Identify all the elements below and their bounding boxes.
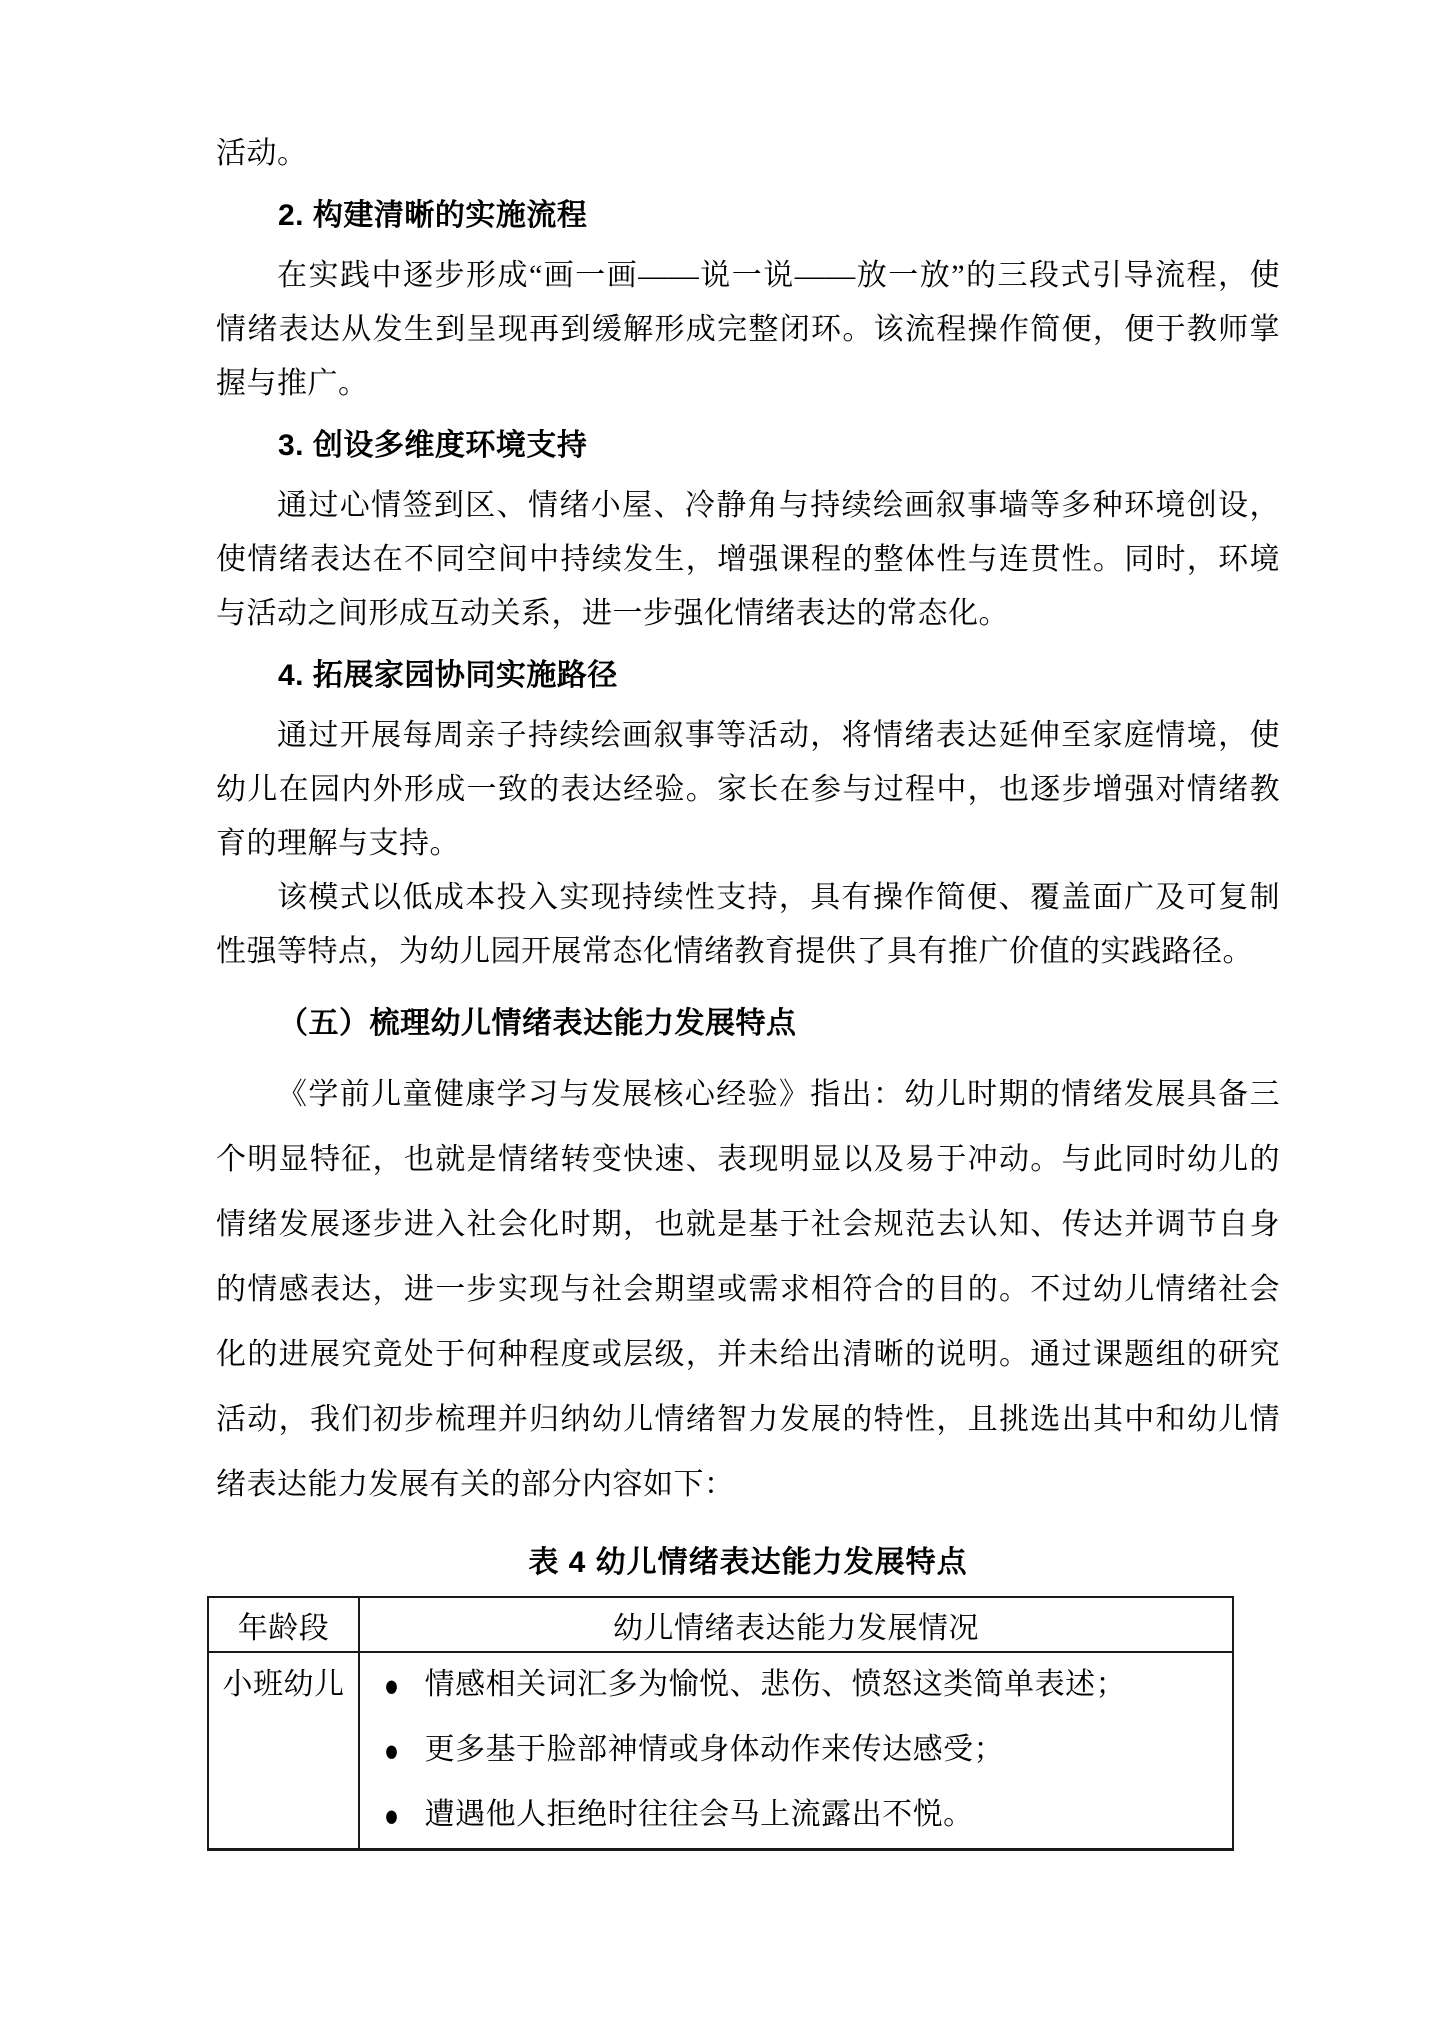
list-item-text: 更多基于脸部神情或身体动作来传达感受； — [425, 1718, 1232, 1781]
list-item-text: 情感相关词汇多为愉悦、悲伤、愤怒这类简单表述； — [425, 1653, 1232, 1716]
heading-environment-support: 3. 创设多维度环境支持 — [216, 419, 1280, 473]
column-header-development-status: 幼儿情绪表达能力发展情况 — [359, 1597, 1233, 1652]
paragraph-continuation: 活动。 — [216, 127, 1280, 181]
age-group-cell: 小班幼儿 — [208, 1652, 359, 1850]
bullet-icon: ● — [384, 1777, 400, 1856]
paragraph: 通过心情签到区、情绪小屋、冷静角与持续绘画叙事墙等多种环境创设，使情绪表达在不同… — [216, 479, 1280, 641]
heading-home-collaboration: 4. 拓展家园协同实施路径 — [216, 649, 1280, 703]
development-characteristics-table: 年龄段 幼儿情绪表达能力发展情况 小班幼儿 ● 情感相关词汇多为愉悦、悲伤、愤怒… — [207, 1596, 1234, 1851]
paragraph: 《学前儿童健康学习与发展核心经验》指出：幼儿时期的情绪发展具备三个明显特征，也就… — [216, 1062, 1280, 1517]
column-header-age-group: 年龄段 — [208, 1597, 359, 1652]
development-items-cell: ● 情感相关词汇多为愉悦、悲伤、愤怒这类简单表述； ● 更多基于脸部神情或身体动… — [359, 1652, 1233, 1850]
list-item: ● 更多基于脸部神情或身体动作来传达感受； — [360, 1718, 1232, 1783]
heading-section-five: （五）梳理幼儿情绪表达能力发展特点 — [216, 991, 1280, 1056]
paragraph: 该模式以低成本投入实现持续性支持，具有操作简便、覆盖面广及可复制性强等特点，为幼… — [216, 871, 1280, 979]
table-header-row: 年龄段 幼儿情绪表达能力发展情况 — [208, 1597, 1233, 1652]
list-item: ● 遭遇他人拒绝时往往会马上流露出不悦。 — [360, 1783, 1232, 1848]
table-row: 小班幼儿 ● 情感相关词汇多为愉悦、悲伤、愤怒这类简单表述； ● 更多基于脸部神… — [208, 1652, 1233, 1850]
table-caption: 表 4 幼儿情绪表达能力发展特点 — [216, 1531, 1280, 1594]
list-item-text: 遭遇他人拒绝时往往会马上流露出不悦。 — [425, 1783, 1232, 1846]
paragraph: 通过开展每周亲子持续绘画叙事等活动，将情绪表达延伸至家庭情境，使幼儿在园内外形成… — [216, 709, 1280, 871]
document-page: 活动。 2. 构建清晰的实施流程 在实践中逐步形成“画一画——说一说——放一放”… — [0, 0, 1440, 1851]
list-item: ● 情感相关词汇多为愉悦、悲伤、愤怒这类简单表述； — [360, 1653, 1232, 1718]
paragraph: 在实践中逐步形成“画一画——说一说——放一放”的三段式引导流程，使情绪表达从发生… — [216, 249, 1280, 411]
heading-implementation-process: 2. 构建清晰的实施流程 — [216, 189, 1280, 243]
